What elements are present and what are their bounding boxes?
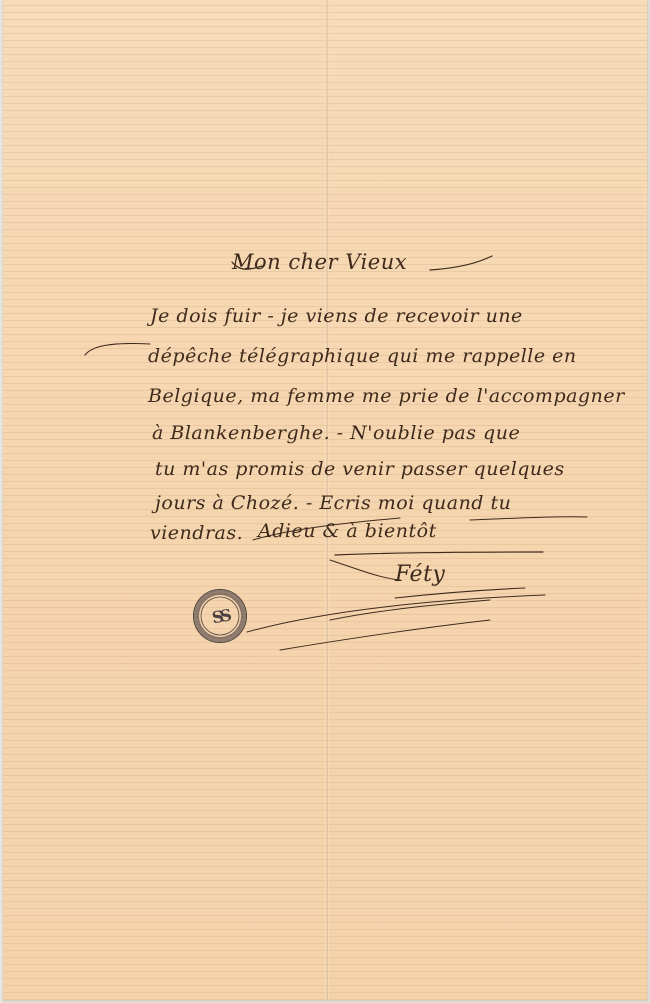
- body-line-5: tu m'as promis de venir passer quelques: [155, 458, 565, 480]
- body-line-2: dépêche télégraphique qui me rappelle en: [148, 345, 577, 367]
- library-stamp: SS: [193, 589, 247, 643]
- closing: Adieu & à bientôt: [258, 520, 437, 542]
- body-line-6: jours à Chozé. - Ecris moi quand tu: [155, 492, 511, 514]
- body-line-7: viendras.: [150, 522, 243, 544]
- body-line-3: Belgique, ma femme me prie de l'accompag…: [148, 385, 625, 407]
- body-line-4: à Blankenberghe. - N'oublie pas que: [152, 422, 520, 444]
- signature: Féty: [395, 562, 445, 587]
- stamp-center-text: SS: [210, 605, 230, 627]
- body-line-1: Je dois fuir - je viens de recevoir une: [150, 305, 523, 327]
- salutation: Mon cher Vieux: [232, 250, 407, 274]
